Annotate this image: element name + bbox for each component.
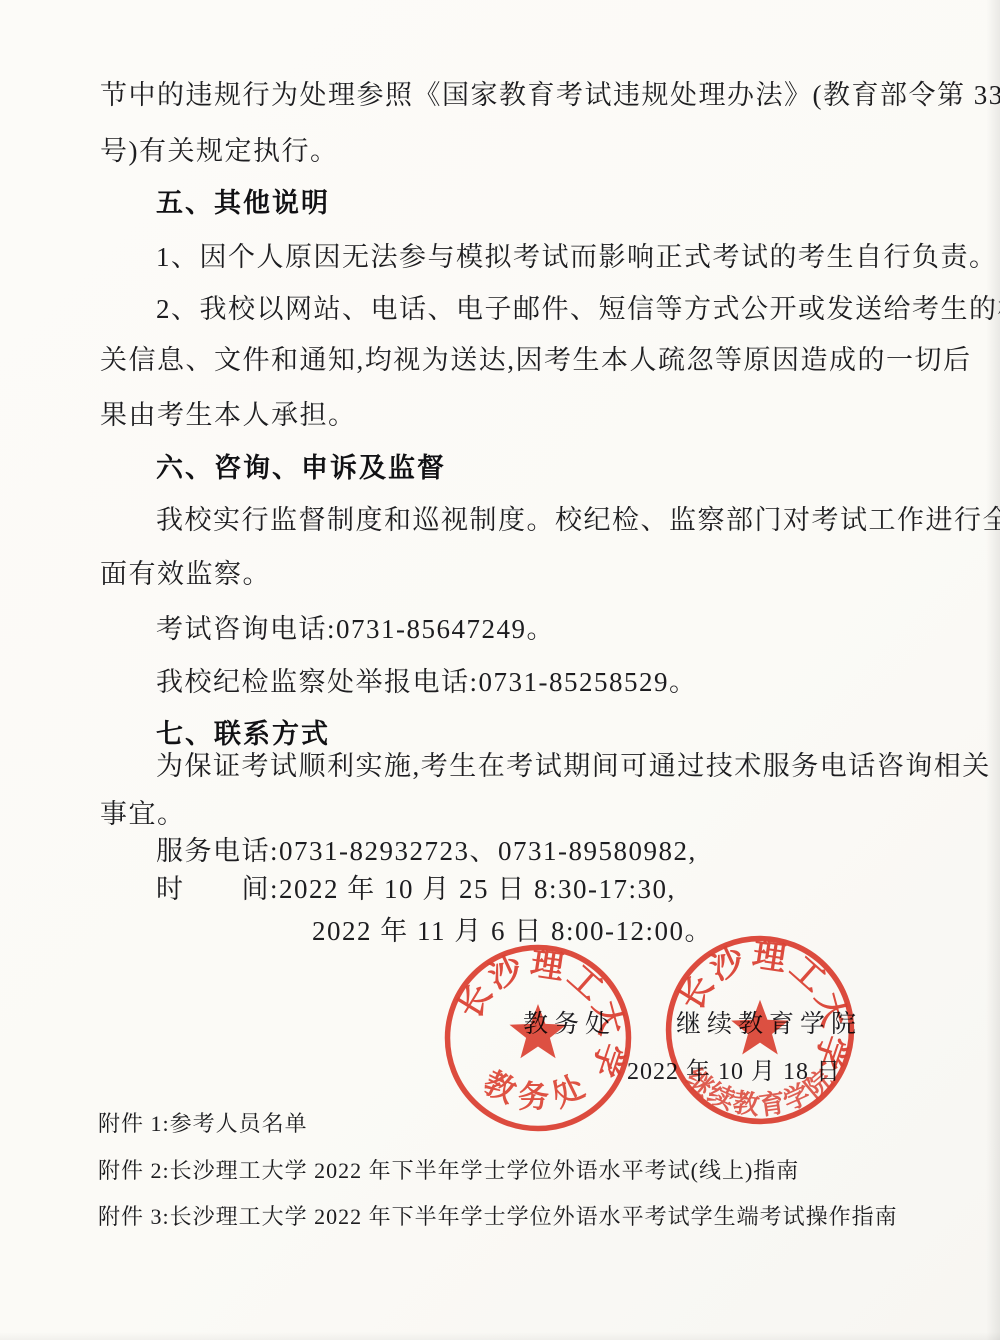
scan-bottom-shadow [0, 1332, 1000, 1340]
body-line-7: 果由考生本人承担。 [100, 402, 357, 429]
signer-dept-jixujiaoyu: 继续教育学院 [676, 1012, 862, 1037]
body-line-6: 关信息、文件和通知,均视为送达,因考生本人疏忽等原因造成的一切后 [100, 347, 972, 374]
attachment-line-3: 附件 3:长沙理工大学 2022 年下半年学士学位外语水平考试学生端考试操作指南 [98, 1206, 898, 1228]
attachment-line-2: 附件 2:长沙理工大学 2022 年下半年学士学位外语水平考试(线上)指南 [98, 1160, 799, 1182]
body-line-4: 1、因个人原因无法参与模拟考试而影响正式考试的考生自行负责。 [156, 244, 998, 271]
svg-text:长沙理工大学: 长沙理工大学 [672, 937, 853, 1076]
body-line-9: 我校实行监督制度和巡视制度。校纪检、监察部门对考试工作进行全 [156, 507, 1000, 534]
body-line-10: 面有效监察。 [100, 561, 271, 588]
body-line-16: 服务电话:0731-82932723、0731-89580982, [156, 838, 697, 865]
attachment-line-1: 附件 1:参考人员名单 [98, 1113, 308, 1135]
section-heading-7: 七、联系方式 [156, 721, 330, 748]
body-line-17: 时 间:2022 年 10 月 25 日 8:30-17:30, [156, 876, 676, 903]
official-seal-jiaowuchu: 长沙理工大学 教务处 [440, 940, 636, 1136]
issue-date: 2022 年 10 月 18 日 [627, 1060, 841, 1084]
seal-ring [448, 948, 629, 1129]
scanned-document-page: 节中的违规行为处理参照《国家教育考试违规处理办法》(教育部令第 33 号)有关规… [0, 0, 1000, 1340]
body-line-12: 我校纪检监察处举报电话:0731-85258529。 [156, 669, 698, 696]
body-line-2: 号)有关规定执行。 [100, 138, 339, 165]
section-heading-5: 五、其他说明 [156, 190, 330, 217]
seal-bottom-text: 教务处 [478, 1065, 598, 1115]
body-line-18: 2022 年 11 月 6 日 8:00-12:00。 [312, 918, 713, 945]
signer-dept-jiaowuchu: 教务处 [523, 1012, 616, 1037]
scan-edge-shadow [986, 0, 1000, 1340]
section-heading-6: 六、咨询、申诉及监督 [156, 455, 446, 482]
seal-ring-text: 长沙理工大学 [672, 937, 853, 1076]
body-line-5: 2、我校以网站、电话、电子邮件、短信等方式公开或发送给考生的相 [156, 296, 1000, 323]
body-line-15: 事宜。 [100, 801, 186, 828]
body-line-11: 考试咨询电话:0731-85647249。 [156, 616, 555, 643]
body-line-14: 为保证考试顺利实施,考生在考试期间可通过技术服务电话咨询相关 [156, 753, 991, 780]
svg-text:教务处: 教务处 [478, 1065, 598, 1115]
body-line-1: 节中的违规行为处理参照《国家教育考试违规处理办法》(教育部令第 33 [100, 82, 1000, 109]
